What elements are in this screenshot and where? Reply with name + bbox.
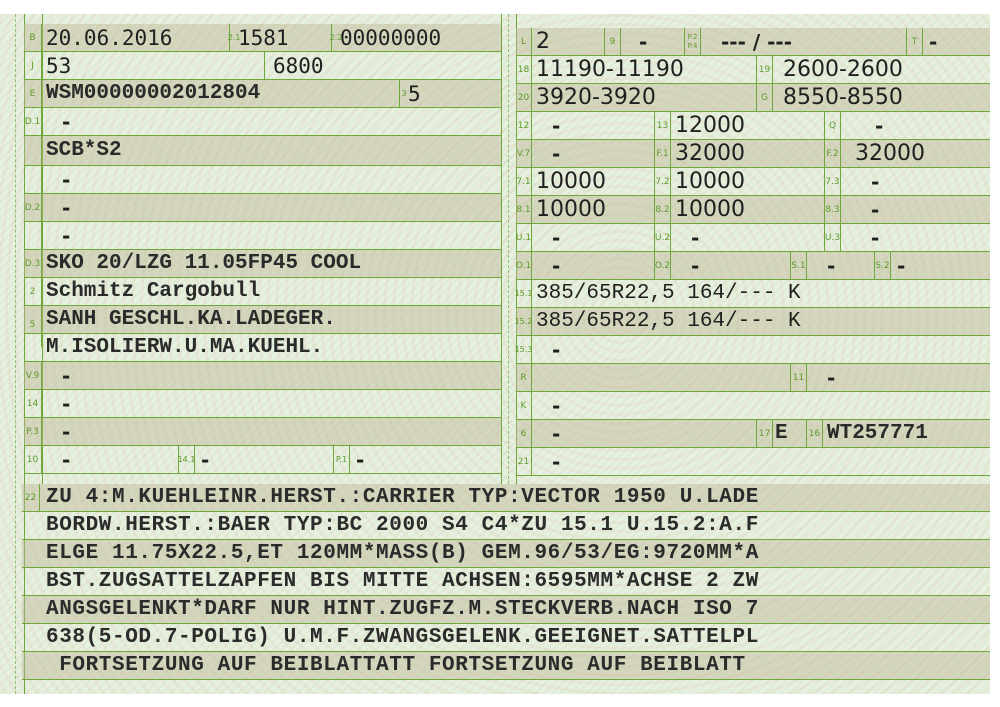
field-row-B: B 20.06.2016 2.1 1581 2.2 00000000 [24,24,501,52]
empty-mass: 8550-8550 [783,84,903,111]
field-cell-9: 9 - [604,28,684,55]
remarks-line: ELGE 11.75X22.5,ET 120MM*MASS(B) GEM.96/… [22,540,990,568]
support-load: 12000 [675,112,745,139]
field-cell-P1: P.1 - [333,446,501,473]
field-row-18: 18 11190-11190 19 2600-2600 [516,56,990,84]
vehicle-type-description-2: M.ISOLIERW.U.MA.KUEHL. [46,334,323,361]
axle-load-permitted-2: 10000 [675,196,745,223]
remarks-line: BORDW.HERST.:BAER TYP:BC 2000 S4 C4*ZU 1… [22,512,990,540]
field-cell-8-3: 8.3 - [824,196,990,223]
field-row-R: R 11 - [516,364,990,392]
field-row-8: 8.1 10000 8.2 10000 8.3 - [516,196,990,224]
field-cell-17: 17 E [756,420,806,447]
field-row-P3: P.3 - [24,418,501,446]
manufacturer-code: 1581 [238,24,289,51]
field-row-20: 20 3920-3920 G 8550-8550 [516,84,990,112]
field-cell-Q: Q - [824,112,990,139]
power-displacement: --- / --- [721,28,792,55]
registration-document: B 20.06.2016 2.1 1581 2.2 00000000 J 53 … [0,14,990,694]
field-row-V9: V.9 - [24,362,501,390]
tyre-size-axle-1: 385/65R22,5 164/--- K [536,280,801,307]
field-row-D2-2: D.2 - [24,194,501,222]
field-cell-14-1: 14.1 - [178,446,333,473]
field-cell-S2: S.2 - [874,252,990,279]
field-row-O: O.1 - O.2 - S.1 - S.2 - [516,252,990,280]
field-row-2: 2 Schmitz Cargobull [24,278,501,306]
field-row-10: 10 - 14.1 - P.1 - [24,446,501,474]
vin: WSM00000002012804 [46,80,260,107]
field-row-D2-1: - [24,166,501,194]
height: 3920-3920 [536,84,656,111]
number-of-axles: 2 [536,28,550,55]
axle-load-permitted-1: 10000 [536,196,606,223]
center-perforation [508,14,510,484]
vehicle-type-description-1: SANH GESCHL.KA.LADEGER. [46,306,336,333]
field-cell-G: G 8550-8550 [756,84,990,111]
axle-load-1: 10000 [536,168,606,195]
field-row-15-3: 15.3 - [516,336,990,364]
field-row-D1: D.1 - [24,108,501,136]
center-divider-left [501,14,502,484]
remarks-label: 22 [22,484,40,511]
left-perforation [15,14,17,694]
manufacturer: Schmitz Cargobull [46,278,260,305]
remarks-line: BST.ZUGSATTELZAPFEN BIS MITTE ACHSEN:659… [22,568,990,596]
field-label: B [24,24,42,51]
field-row-J: J 53 6800 [24,52,501,80]
field-row-D3: D.3 SKO 20/LZG 11.05FP45 COOL [24,250,501,278]
field-row-V7: V.7 - F.1 32000 F.2 32000 [516,140,990,168]
field-row-7: 7.1 10000 7.2 10000 7.3 - [516,168,990,196]
type-approval-mark: E [775,420,788,447]
field-cell-7-2: 7.2 10000 [654,168,824,195]
field-cell-3: 3 5 [399,80,501,107]
field-cell-S1: S.1 - [790,252,874,279]
field-cell-F1: F.1 32000 [654,140,824,167]
field-row-14: 14 - [24,390,501,418]
field-cell-O2: O.2 - [654,252,790,279]
field-cell-16: 16 WT257771 [806,420,990,447]
field-cell-19: 19 2600-2600 [756,56,990,83]
remarks-line: 638(5-OD.7-POLIG) U.M.F.ZWANGSGELENK.GEE… [22,624,990,652]
max-mass-permitted: 32000 [855,140,925,167]
vehicle-class: 53 [46,52,71,79]
field-cell-F2: F.2 32000 [824,140,990,167]
type-code: 00000000 [340,24,441,51]
tyre-size-axle-2: 385/65R22,5 164/--- K [536,308,801,335]
remarks-line-continuation: FORTSETZUNG AUF BEIBLATTATT FORTSETZUNG … [22,652,990,680]
width: 2600-2600 [783,56,903,83]
axle-load-2: 10000 [675,168,745,195]
max-mass-technical: 32000 [675,140,745,167]
registration-date: 20.06.2016 [46,24,172,51]
remarks-line: 22 ZU 4:M.KUEHLEINR.HERST.:CARRIER TYP:V… [22,484,990,512]
field-cell-4: 6800 [264,52,501,79]
field-row-5-line1: SANH GESCHL.KA.LADEGER. [24,306,501,334]
trade-name: SKO 20/LZG 11.05FP45 COOL [46,250,361,277]
field-row-5-line2: 5 M.ISOLIERW.U.MA.KUEHL. [24,334,501,362]
field-cell-11: 11 - [790,364,990,391]
body-code: 6800 [273,52,324,79]
field-cell-U2: U.2 - [654,224,824,251]
brand: SCB*S2 [46,136,122,165]
length: 11190-11190 [536,56,684,83]
field-row-15-2: 15.2 385/65R22,5 164/--- K [516,308,990,336]
field-cell-8-2: 8.2 10000 [654,196,824,223]
field-row-12: 12 - 13 12000 Q - [516,112,990,140]
field-cell-P2-P4: P.2 P.4 --- / --- [684,28,906,55]
remarks-line: ANGSGELENKT*DARF NUR HINT.ZUGFZ.M.STECKV… [22,596,990,624]
field-row-U: U.1 - U.2 - U.3 - [516,224,990,252]
field-cell-13: 13 12000 [654,112,792,139]
vin-check-digit: 5 [408,80,421,107]
field-cell-2-1: 2.1 1581 [229,24,331,51]
field-cell-U3: U.3 - [824,224,990,251]
field-row-15-1: 15.1 385/65R22,5 164/--- K [516,280,990,308]
field-row-D2-3: - [24,222,501,250]
field-row-K: K - [516,392,990,420]
field-row-21: 21 - [516,448,990,476]
field-row-6: 6 - 17 E 16 WT257771 [516,420,990,448]
field-cell-2-2: 2.2 00000000 [331,24,501,51]
field-row-E: E WSM00000002012804 3 5 [24,80,501,108]
field-row-L: L 2 9 - P.2 P.4 --- / --- T - [516,28,990,56]
field-cell-T: T - [906,28,990,55]
field-cell-7-3: 7.3 - [824,168,990,195]
field-row-D1-line2: SCB*S2 [24,136,501,166]
certificate-number: WT257771 [827,420,928,447]
